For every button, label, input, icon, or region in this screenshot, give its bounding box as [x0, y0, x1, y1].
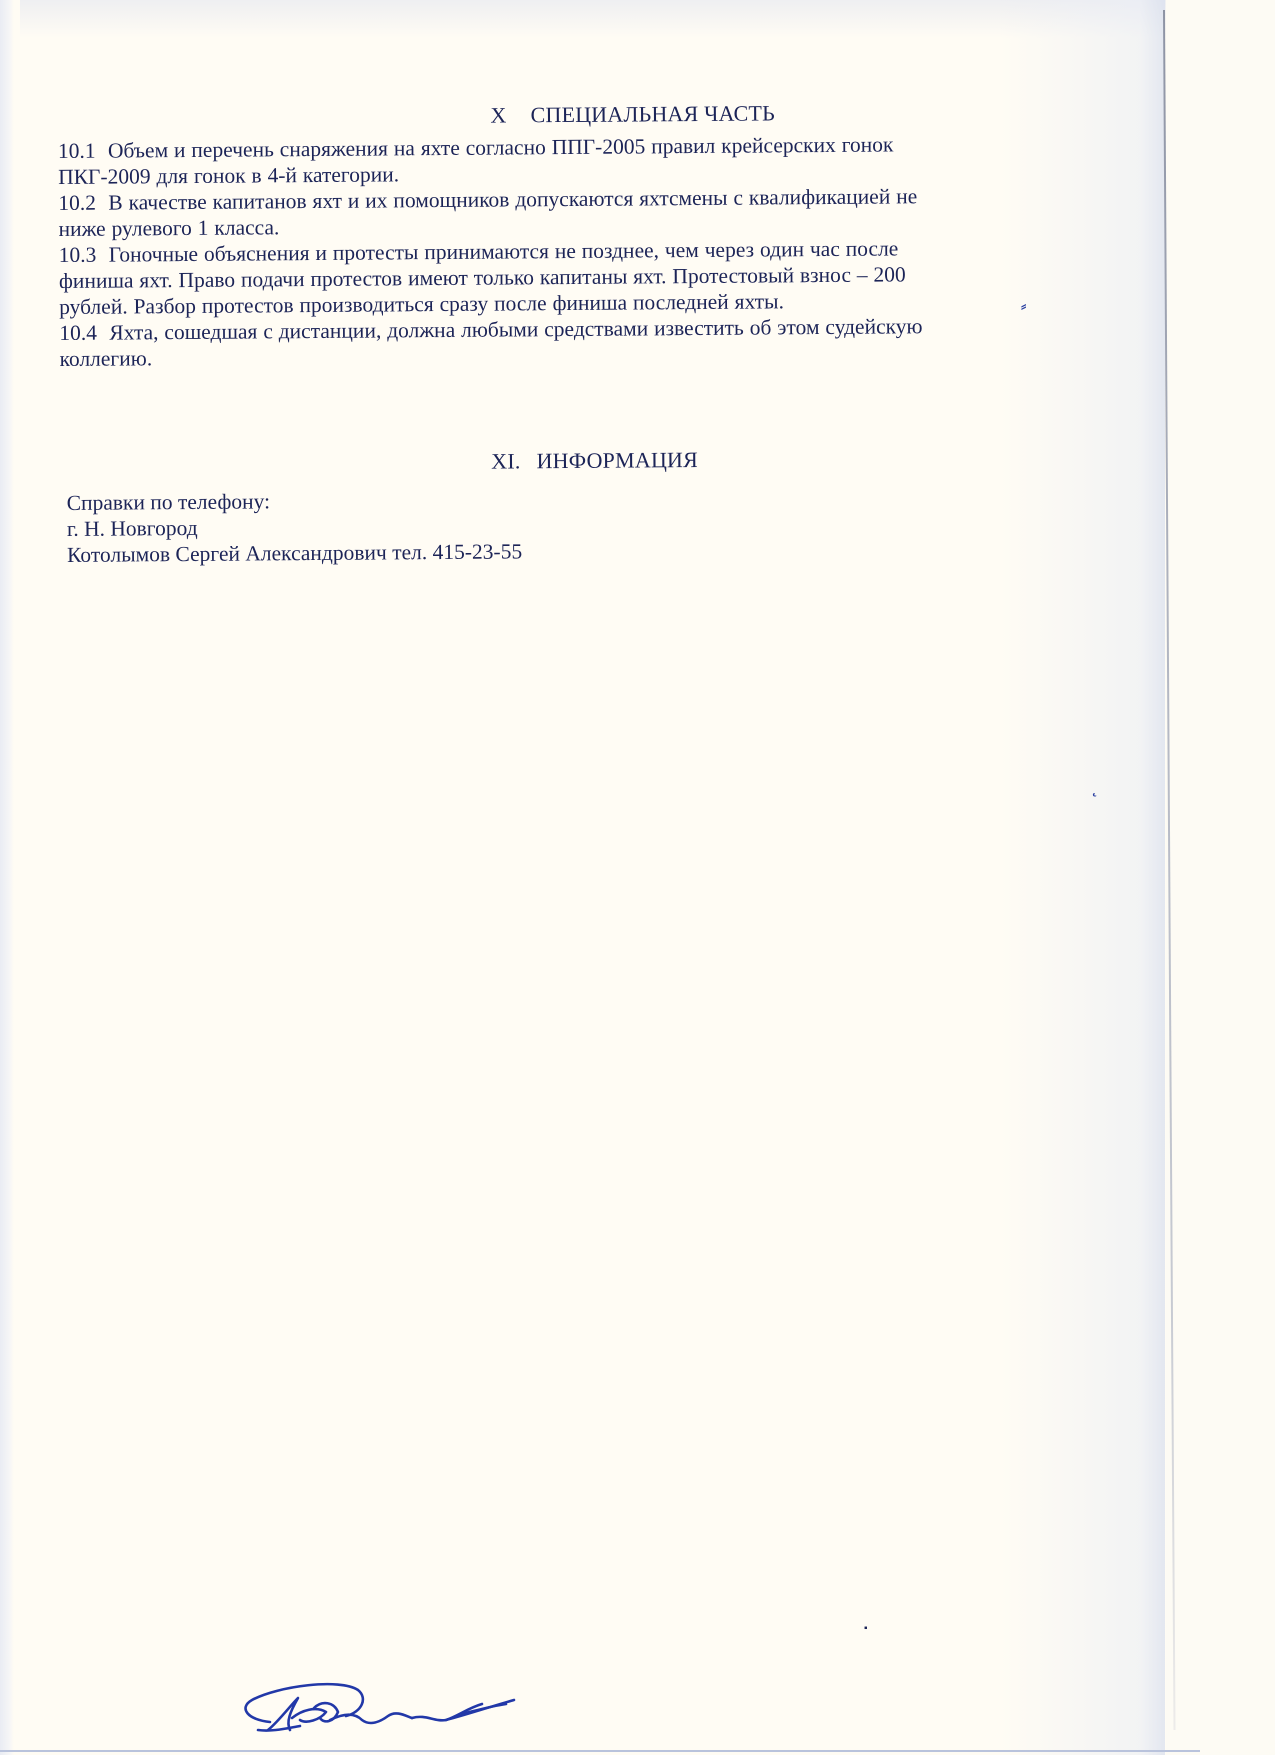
paragraph-line: коллегию.	[59, 346, 152, 371]
paragraph-line: Яхта, сошедшая с дистанции, должна любым…	[109, 314, 922, 344]
paragraph-10-1: 10.1Объем и перечень снаряжения на яхте …	[58, 130, 1078, 190]
ink-mark-icon: ⸗	[1021, 298, 1026, 316]
paragraph-10-2: 10.2В качестве капитанов яхт и их помощн…	[58, 182, 1078, 242]
section-number: XI.	[491, 448, 521, 474]
section-title: СПЕЦИАЛЬНАЯ ЧАСТЬ	[530, 100, 775, 127]
document-page: XСПЕЦИАЛЬНАЯ ЧАСТЬ 10.1Объем и перечень …	[0, 0, 1275, 1755]
section-title: ИНФОРМАЦИЯ	[536, 447, 698, 473]
paragraph-line: В качестве капитанов яхт и их помощников…	[108, 184, 917, 214]
ink-mark-icon: ˛	[1092, 780, 1097, 798]
paragraph-10-4: 10.4Яхта, сошедшая с дистанции, должна л…	[59, 312, 1079, 372]
paragraph-number: 10.2	[58, 190, 108, 216]
paragraph-number: 10.1	[58, 138, 108, 164]
section-body-special-part: 10.1Объем и перечень снаряжения на яхте …	[58, 130, 1080, 372]
contact-person-phone: Котолымов Сергей Александрович тел. 415-…	[67, 538, 522, 568]
paragraph-10-3: 10.3Гоночные объяснения и протесты прини…	[59, 234, 1080, 320]
signature-icon	[230, 1660, 530, 1745]
paragraph-line: ниже рулевого 1 класса.	[58, 215, 279, 241]
ink-dot-icon: ▪	[864, 1623, 868, 1634]
contact-city: г. Н. Новгород	[67, 512, 522, 542]
paragraph-number: 10.3	[59, 242, 109, 268]
paragraph-line: ПКГ-2009 для гонок в 4-й категории.	[58, 162, 399, 189]
paragraph-line: Гоночные объяснения и протесты принимают…	[109, 236, 899, 266]
contact-info: Справки по телефону: г. Н. Новгород Кото…	[67, 486, 523, 568]
section-number: X	[490, 102, 506, 128]
paragraph-number: 10.4	[59, 320, 109, 346]
paragraph-line: Объем и перечень снаряжения на яхте согл…	[108, 132, 894, 162]
contact-info-label: Справки по телефону:	[67, 486, 522, 516]
